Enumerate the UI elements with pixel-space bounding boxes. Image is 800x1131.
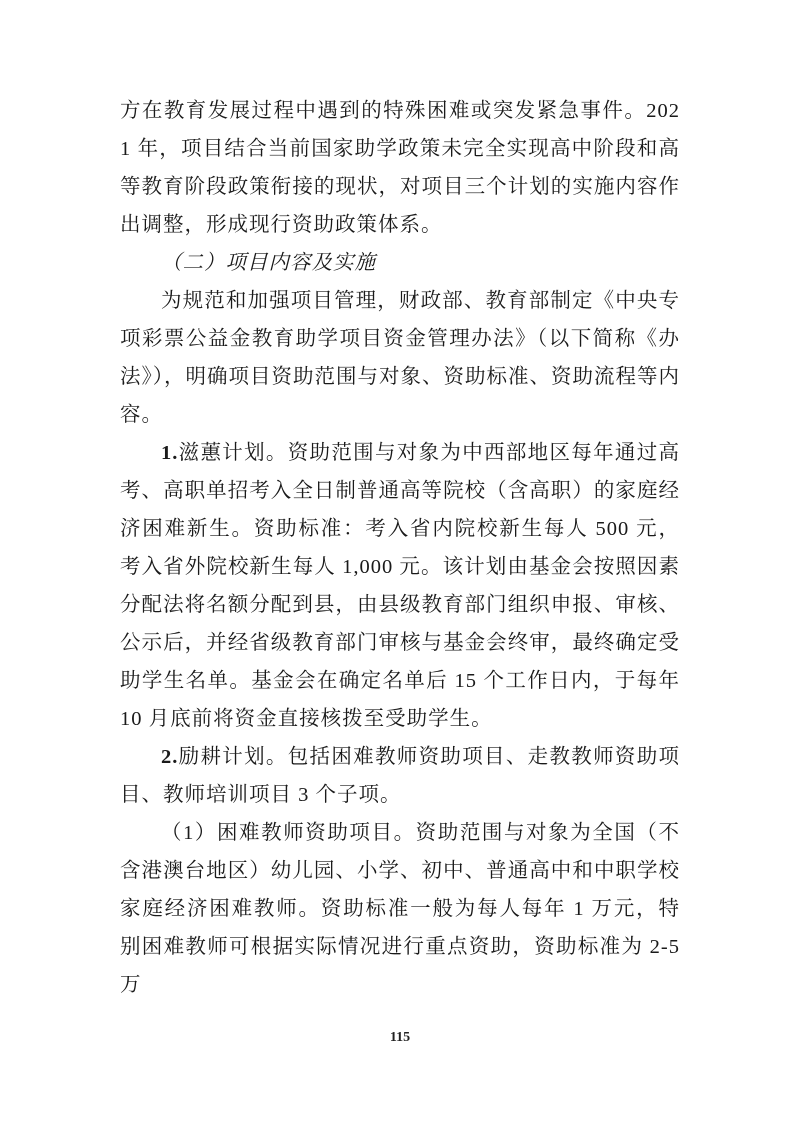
paragraph: 1.滋蕙计划。资助范围与对象为中西部地区每年通过高考、高职单招考入全日制普通高等… bbox=[120, 434, 680, 738]
paragraph: 2.励耕计划。包括困难教师资助项目、走教教师资助项目、教师培训项目 3 个子项。 bbox=[120, 738, 680, 814]
section-heading: （二）项目内容及实施 bbox=[120, 244, 680, 282]
text-run: （二）项目内容及实施 bbox=[161, 252, 376, 274]
document-body: 方在教育发展过程中遇到的特殊困难或突发紧急事件。2021 年，项目结合当前国家助… bbox=[120, 92, 680, 1004]
paragraph: 方在教育发展过程中遇到的特殊困难或突发紧急事件。2021 年，项目结合当前国家助… bbox=[120, 92, 680, 244]
text-run: 励耕计划。包括困难教师资助项目、走教教师资助项目、教师培训项目 3 个子项。 bbox=[120, 746, 680, 806]
list-number-marker: 2. bbox=[161, 746, 178, 768]
text-run: 方在教育发展过程中遇到的特殊困难或突发紧急事件。2021 年，项目结合当前国家助… bbox=[120, 100, 680, 236]
page-number: 115 bbox=[0, 1030, 800, 1046]
paragraph: （1）困难教师资助项目。资助范围与对象为全国（不含港澳台地区）幼儿园、小学、初中… bbox=[120, 814, 680, 1004]
list-number-marker: 1. bbox=[161, 442, 178, 464]
text-run: （1）困难教师资助项目。资助范围与对象为全国（不含港澳台地区）幼儿园、小学、初中… bbox=[120, 822, 680, 996]
document-page: 方在教育发展过程中遇到的特殊困难或突发紧急事件。2021 年，项目结合当前国家助… bbox=[0, 0, 800, 1131]
text-run: 为规范和加强项目管理，财政部、教育部制定《中央专项彩票公益金教育助学项目资金管理… bbox=[120, 290, 680, 426]
paragraph: 为规范和加强项目管理，财政部、教育部制定《中央专项彩票公益金教育助学项目资金管理… bbox=[120, 282, 680, 434]
text-run: 滋蕙计划。资助范围与对象为中西部地区每年通过高考、高职单招考入全日制普通高等院校… bbox=[120, 442, 680, 730]
